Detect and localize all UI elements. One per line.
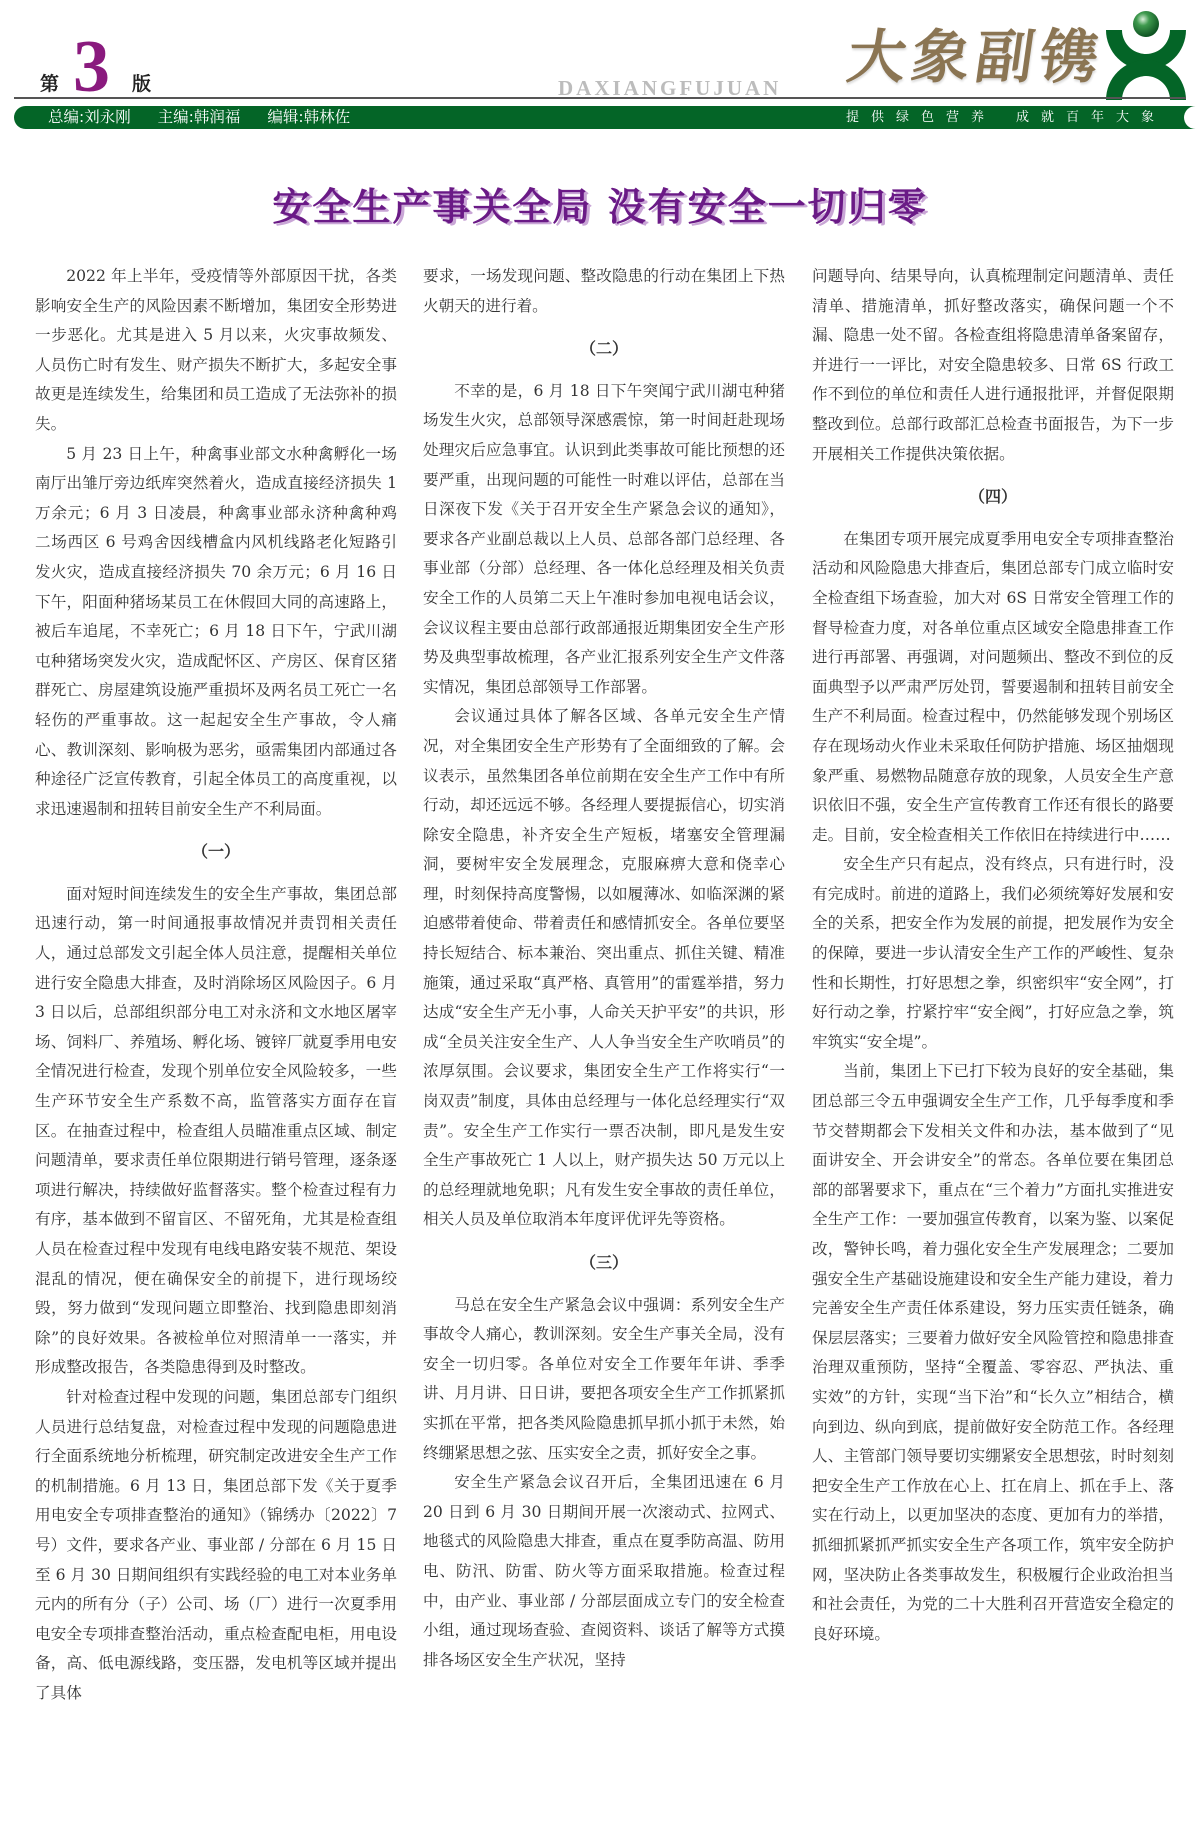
edition-suffix: 版 <box>132 69 151 96</box>
section-heading: （四） <box>812 482 1174 512</box>
paragraph: 要求，一场发现问题、整改隐患的行动在集团上下热火朝天的进行着。 <box>423 262 785 321</box>
editor-credits: 总编:刘永刚 主编:韩润福 编辑:韩林佐 <box>48 106 372 129</box>
editor: 编辑:韩林佐 <box>267 108 350 126</box>
article-column-3: 问题导向、结果导向，认真梳理制定问题清单、责任清单、措施清单，抓好整改落实，确保… <box>812 262 1174 1649</box>
slogan: 提供绿色营养成就百年大象 <box>846 106 1166 129</box>
paragraph: 安全生产紧急会议召开后，全集团迅速在 6 月 20 日到 6 月 30 日期间开… <box>423 1468 785 1675</box>
paragraph: 马总在安全生产紧急会议中强调：系列安全生产事故令人痛心，教训深刻。安全生产事关全… <box>423 1291 785 1469</box>
editor-in-chief: 总编:刘永刚 <box>48 108 131 126</box>
edition-number: 3 <box>73 34 110 100</box>
paragraph: 安全生产只有起点，没有终点，只有进行时，没有完成时。前进的道路上，我们必须统筹好… <box>812 850 1174 1057</box>
paragraph: 不幸的是，6 月 18 日下午突闻宁武川湖屯种猪场发生火灾，总部领导深感震惊，第… <box>423 377 785 703</box>
chief-editor: 主编:韩润福 <box>158 108 241 126</box>
slogan-part-1: 提供绿色营养 <box>846 110 996 125</box>
paragraph: 针对检查过程中发现的问题，集团总部专门组织人员进行总结复盘，对检查过程中发现的问… <box>35 1383 397 1709</box>
masthead-rule <box>14 97 1186 99</box>
paragraph: 面对短时间连续发生的安全生产事故，集团总部迅速行动，第一时间通报事故情况并责罚相… <box>35 880 397 1383</box>
paragraph: 2022 年上半年，受疫情等外部原因干扰，各类影响安全生产的风险因素不断增加，集… <box>35 262 397 440</box>
article-column-1: 2022 年上半年，受疫情等外部原因干扰，各类影响安全生产的风险因素不断增加，集… <box>35 262 397 1709</box>
paragraph: 在集团专项开展完成夏季用电安全专项排查整治活动和风险隐患大排查后，集团总部专门成… <box>812 525 1174 851</box>
article-column-2: 要求，一场发现问题、整改隐患的行动在集团上下热火朝天的进行着。（二）不幸的是，6… <box>423 262 785 1675</box>
article-headline: 安全生产事关全局 没有安全一切归零 <box>0 176 1200 231</box>
edition-prefix: 第 <box>40 69 59 96</box>
paragraph: 当前，集团上下已打下较为良好的安全基础，集团总部三令五申强调安全生产工作，几乎每… <box>812 1057 1174 1649</box>
section-heading: （一） <box>35 837 397 867</box>
paper-name: 大象副镌 <box>843 22 1109 92</box>
section-heading: （三） <box>423 1248 785 1278</box>
editor-banner: 总编:刘永刚 主编:韩润福 编辑:韩林佐 提供绿色营养成就百年大象 <box>14 106 1192 129</box>
paragraph: 5 月 23 日上午，种禽事业部文水种禽孵化一场南厅出雏厅旁边纸库突然着火，造成… <box>35 440 397 825</box>
paragraph: 问题导向、结果导向，认真梳理制定问题清单、责任清单、措施清单，抓好整改落实，确保… <box>812 262 1174 469</box>
paragraph: 会议通过具体了解各区域、各单元安全生产情况，对全集团安全生产形势有了全面细致的了… <box>423 702 785 1235</box>
masthead: 第 3 版 DAXIANGFUJUAN 大象副镌 总编:刘永刚 主编:韩润福 编… <box>0 0 1200 140</box>
daxiang-logo-icon <box>1096 8 1192 104</box>
slogan-part-2: 成就百年大象 <box>1016 110 1166 125</box>
section-heading: （二） <box>423 334 785 364</box>
edition-label: 第 3 版 <box>40 34 151 100</box>
banner-end-cap <box>1182 106 1200 129</box>
